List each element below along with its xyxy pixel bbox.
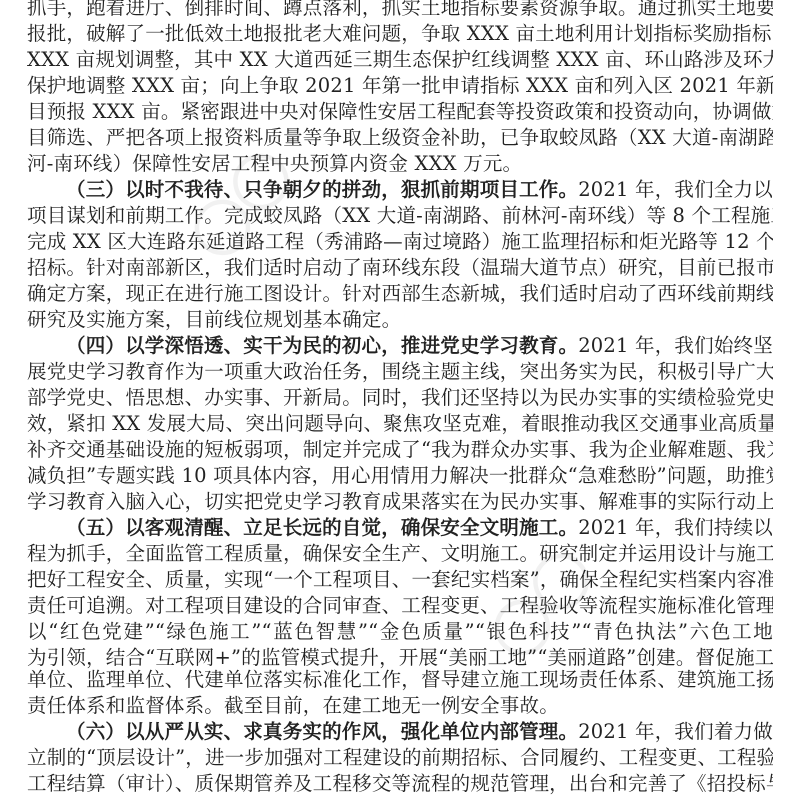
paragraph-line: 展党史学习教育作为一项重大政治任务，围绕主题主线，突出务实为民，积极引导广大党员… (27, 359, 773, 385)
line-text: 补齐交通基础设施的短板弱项，制定并完成了“我为群众办实事、我为企业解难题、我为基… (27, 438, 773, 461)
paragraph-line: 招标。针对南部新区，我们适时启动了南环线东段（温瑞大道节点）研究，目前已报市住建… (27, 255, 773, 281)
line-text: 为引领，结合“互联网+”的监管模式提升，开展“美丽工地”“美丽道路”创建。督促施… (27, 646, 773, 669)
line-text: 部学党史、悟思想、办实事、开新局。同时，我们还坚持以为民办实事的实绩检验党史学习… (27, 386, 773, 409)
line-text: 工程结算（审计）、质保期管养及工程移交等流程的规范管理，出台和完善了《招投标与造… (27, 772, 773, 795)
paragraph-line: 责任可追溯。对工程项目建设的合同审查、工程变更、工程验收等流程实施标准化管理。通… (27, 593, 773, 619)
paragraph-line: 补齐交通基础设施的短板弱项，制定并完成了“我为群众办实事、我为企业解难题、我为基… (27, 437, 773, 463)
section-heading: （六）以从严从实、求真务实的作风，强化单位内部管理。 (66, 720, 578, 743)
paragraph-line: 减负担”专题实践 10 项具体内容，用心用情用力解决一批群众“急难愁盼”问题，助… (27, 463, 773, 489)
line-text: 2021 年，我们始终坚持把开 (578, 334, 773, 357)
line-text: 河-南环线）保障性安居工程中央预算内资金 XXX 万元。 (27, 152, 522, 175)
line-text: 目筛选、严把各项上报资料质量等争取上级资金补助，已争取蛟凤路（XX 大道-南湖路… (27, 126, 773, 149)
paragraph-line: 以“红色党建”“绿色施工”“蓝色智慧”“金色质量”“银色科技”“青色执法”六色工… (27, 619, 773, 645)
paragraph-line: 责任体系和监督体系。截至目前，在建工地无一例安全事故。 (27, 693, 773, 719)
paragraph-line: 立制的“顶层设计”，进一步加强对工程建设的前期招标、合同履约、工程变更、工程验收… (27, 745, 773, 771)
paragraph-line: 目筛选、严把各项上报资料质量等争取上级资金补助，已争取蛟凤路（XX 大道-南湖路… (27, 125, 773, 151)
document-page-1: 抓手，跑着进厅、倒排时间、蹲点落利，抓实土地指标要素资源争取。通过抓实土地要素资… (27, 0, 773, 671)
line-text: 把好工程安全、质量，实现“一个工程项目、一套纪实档案”，确保全程纪实档案内容准确… (27, 568, 773, 591)
paragraph-line: 效，紧扣 XX 发展大局、突出问题导向、聚焦攻坚克难，着眼推动我区交通事业高质量… (27, 411, 773, 437)
paragraph-line: 确定方案，现正在进行施工图设计。针对西部生态新城，我们适时启动了西环线前期线位规… (27, 281, 773, 307)
line-text: 项目谋划和前期工作。完成蛟凤路（XX 大道-南湖路、前林河-南环线）等 8 个工… (27, 204, 773, 227)
line-text: 单位、监理单位、代建单位落实标准化工作，督导建立施工现场责任体系、建筑施工扬尘治… (27, 668, 773, 691)
section-heading: （三）以时不我待、只争朝夕的拼劲，狠抓前期项目工作。 (66, 178, 578, 201)
paragraph-line: XXX 亩规划调整，其中 XX 大道西延三期生态保护红线调整 XXX 亩、环山路… (27, 47, 773, 73)
paragraph-line: 保护地调整 XXX 亩；向上争取 2021 年第一批申请指标 XXX 亩和列入区… (27, 73, 773, 99)
paragraph-line: （六）以从严从实、求真务实的作风，强化单位内部管理。2021 年，我们着力做好建… (27, 719, 773, 745)
line-text: 展党史学习教育作为一项重大政治任务，围绕主题主线，突出务实为民，积极引导广大党员… (27, 360, 773, 383)
line-text: 确定方案，现正在进行施工图设计。针对西部生态新城，我们适时启动了西环线前期线位规… (27, 282, 773, 305)
line-text: 保护地调整 XXX 亩；向上争取 2021 年第一批申请指标 XXX 亩和列入区… (27, 74, 773, 97)
paragraph-line: 项目谋划和前期工作。完成蛟凤路（XX 大道-南湖路、前林河-南环线）等 8 个工… (27, 203, 773, 229)
paragraph-line: 研究及实施方案，目前线位规划基本确定。 (27, 307, 773, 333)
line-text: 报批，破解了一批低效土地报批老大难问题，争取 XXX 亩土地利用计划指标奖励指标… (27, 22, 773, 45)
paragraph-line: 报批，破解了一批低效土地报批老大难问题，争取 XXX 亩土地利用计划指标奖励指标… (27, 21, 773, 47)
line-text: 程为抓手，全面监管工程质量，确保安全生产、文明施工。研究制定并运用设计与施工《导… (27, 542, 773, 565)
paragraph-line: （四）以学深悟透、实干为民的初心，推进党史学习教育。2021 年，我们始终坚持把… (27, 333, 773, 359)
line-text: 研究及实施方案，目前线位规划基本确定。 (27, 308, 401, 331)
line-text: XXX 亩规划调整，其中 XX 大道西延三期生态保护红线调整 XXX 亩、环山路… (27, 48, 773, 71)
section-heading: （五）以客观清醒、立足长远的自觉，确保安全文明施工。 (66, 516, 578, 539)
paragraph-line: 把好工程安全、质量，实现“一个工程项目、一套纪实档案”，确保全程纪实档案内容准确… (27, 567, 773, 593)
paragraph-line: 工程结算（审计）、质保期管养及工程移交等流程的规范管理，出台和完善了《招投标与造… (27, 771, 773, 797)
line-text: 减负担”专题实践 10 项具体内容，用心用情用力解决一批群众“急难愁盼”问题，助… (27, 464, 773, 487)
line-text: 招标。针对南部新区，我们适时启动了南环线东段（温瑞大道节点）研究，目前已报市住建… (27, 256, 773, 279)
line-text: 完成 XX 区大连路东延道路工程（秀浦路—南过境路）施工监理招标和炬光路等 12… (27, 230, 773, 253)
paragraph-line: 程为抓手，全面监管工程质量，确保安全生产、文明施工。研究制定并运用设计与施工《导… (27, 541, 773, 567)
paragraph-line: 完成 XX 区大连路东延道路工程（秀浦路—南过境路）施工监理招标和炬光路等 12… (27, 229, 773, 255)
paragraph-line: 抓手，跑着进厅、倒排时间、蹲点落利，抓实土地指标要素资源争取。通过抓实土地要素资… (27, 0, 773, 21)
line-text: 责任体系和监督体系。截至目前，在建工地无一例安全事故。 (27, 694, 559, 717)
paragraph-line: （五）以客观清醒、立足长远的自觉，确保安全文明施工。2021 年，我们持续以清廉… (27, 515, 773, 541)
line-text: 抓手，跑着进厅、倒排时间、蹲点落利，抓实土地指标要素资源争取。通过抓实土地要素资… (27, 0, 773, 19)
section-heading: （四）以学深悟透、实干为民的初心，推进党史学习教育。 (66, 334, 578, 357)
line-text: 2021 年，我们全力以赴做好 (578, 178, 773, 201)
line-text: 以“红色党建”“绿色施工”“蓝色智慧”“金色质量”“银色科技”“青色执法”六色工… (27, 620, 773, 643)
line-text: 效，紧扣 XX 发展大局、突出问题导向、聚焦攻坚克难，着眼推动我区交通事业高质量… (27, 412, 773, 435)
paragraph-line: 单位、监理单位、代建单位落实标准化工作，督导建立施工现场责任体系、建筑施工扬尘治… (27, 667, 773, 693)
paragraph-line: （三）以时不我待、只争朝夕的拼劲，狠抓前期项目工作。2021 年，我们全力以赴做… (27, 177, 773, 203)
line-text: 2021 年，我们着力做好建章 (578, 720, 773, 743)
line-text: 立制的“顶层设计”，进一步加强对工程建设的前期招标、合同履约、工程变更、工程验收… (27, 746, 773, 769)
line-text: 责任可追溯。对工程项目建设的合同审查、工程变更、工程验收等流程实施标准化管理。通… (27, 594, 773, 617)
paragraph-line: 河-南环线）保障性安居工程中央预算内资金 XXX 万元。 (27, 151, 773, 177)
paragraph-line: 部学党史、悟思想、办实事、开新局。同时，我们还坚持以为民办实事的实绩检验党史学习… (27, 385, 773, 411)
line-text: 目预报 XXX 亩。紧密跟进中央对保障性安居工程配套等投资政策和投资动向，协调做… (27, 100, 773, 123)
paragraph-line: 学习教育入脑入心，切实把党史学习教育成果落实在为民办实事、解难事的实际行动上。 (27, 489, 773, 515)
line-text: 学习教育入脑入心，切实把党史学习教育成果落实在为民办实事、解难事的实际行动上。 (27, 490, 773, 513)
document-page-2: 单位、监理单位、代建单位落实标准化工作，督导建立施工现场责任体系、建筑施工扬尘治… (27, 667, 773, 797)
line-text: 2021 年，我们持续以清廉工 (578, 516, 773, 539)
paragraph-line: 目预报 XXX 亩。紧密跟进中央对保障性安居工程配套等投资政策和投资动向，协调做… (27, 99, 773, 125)
